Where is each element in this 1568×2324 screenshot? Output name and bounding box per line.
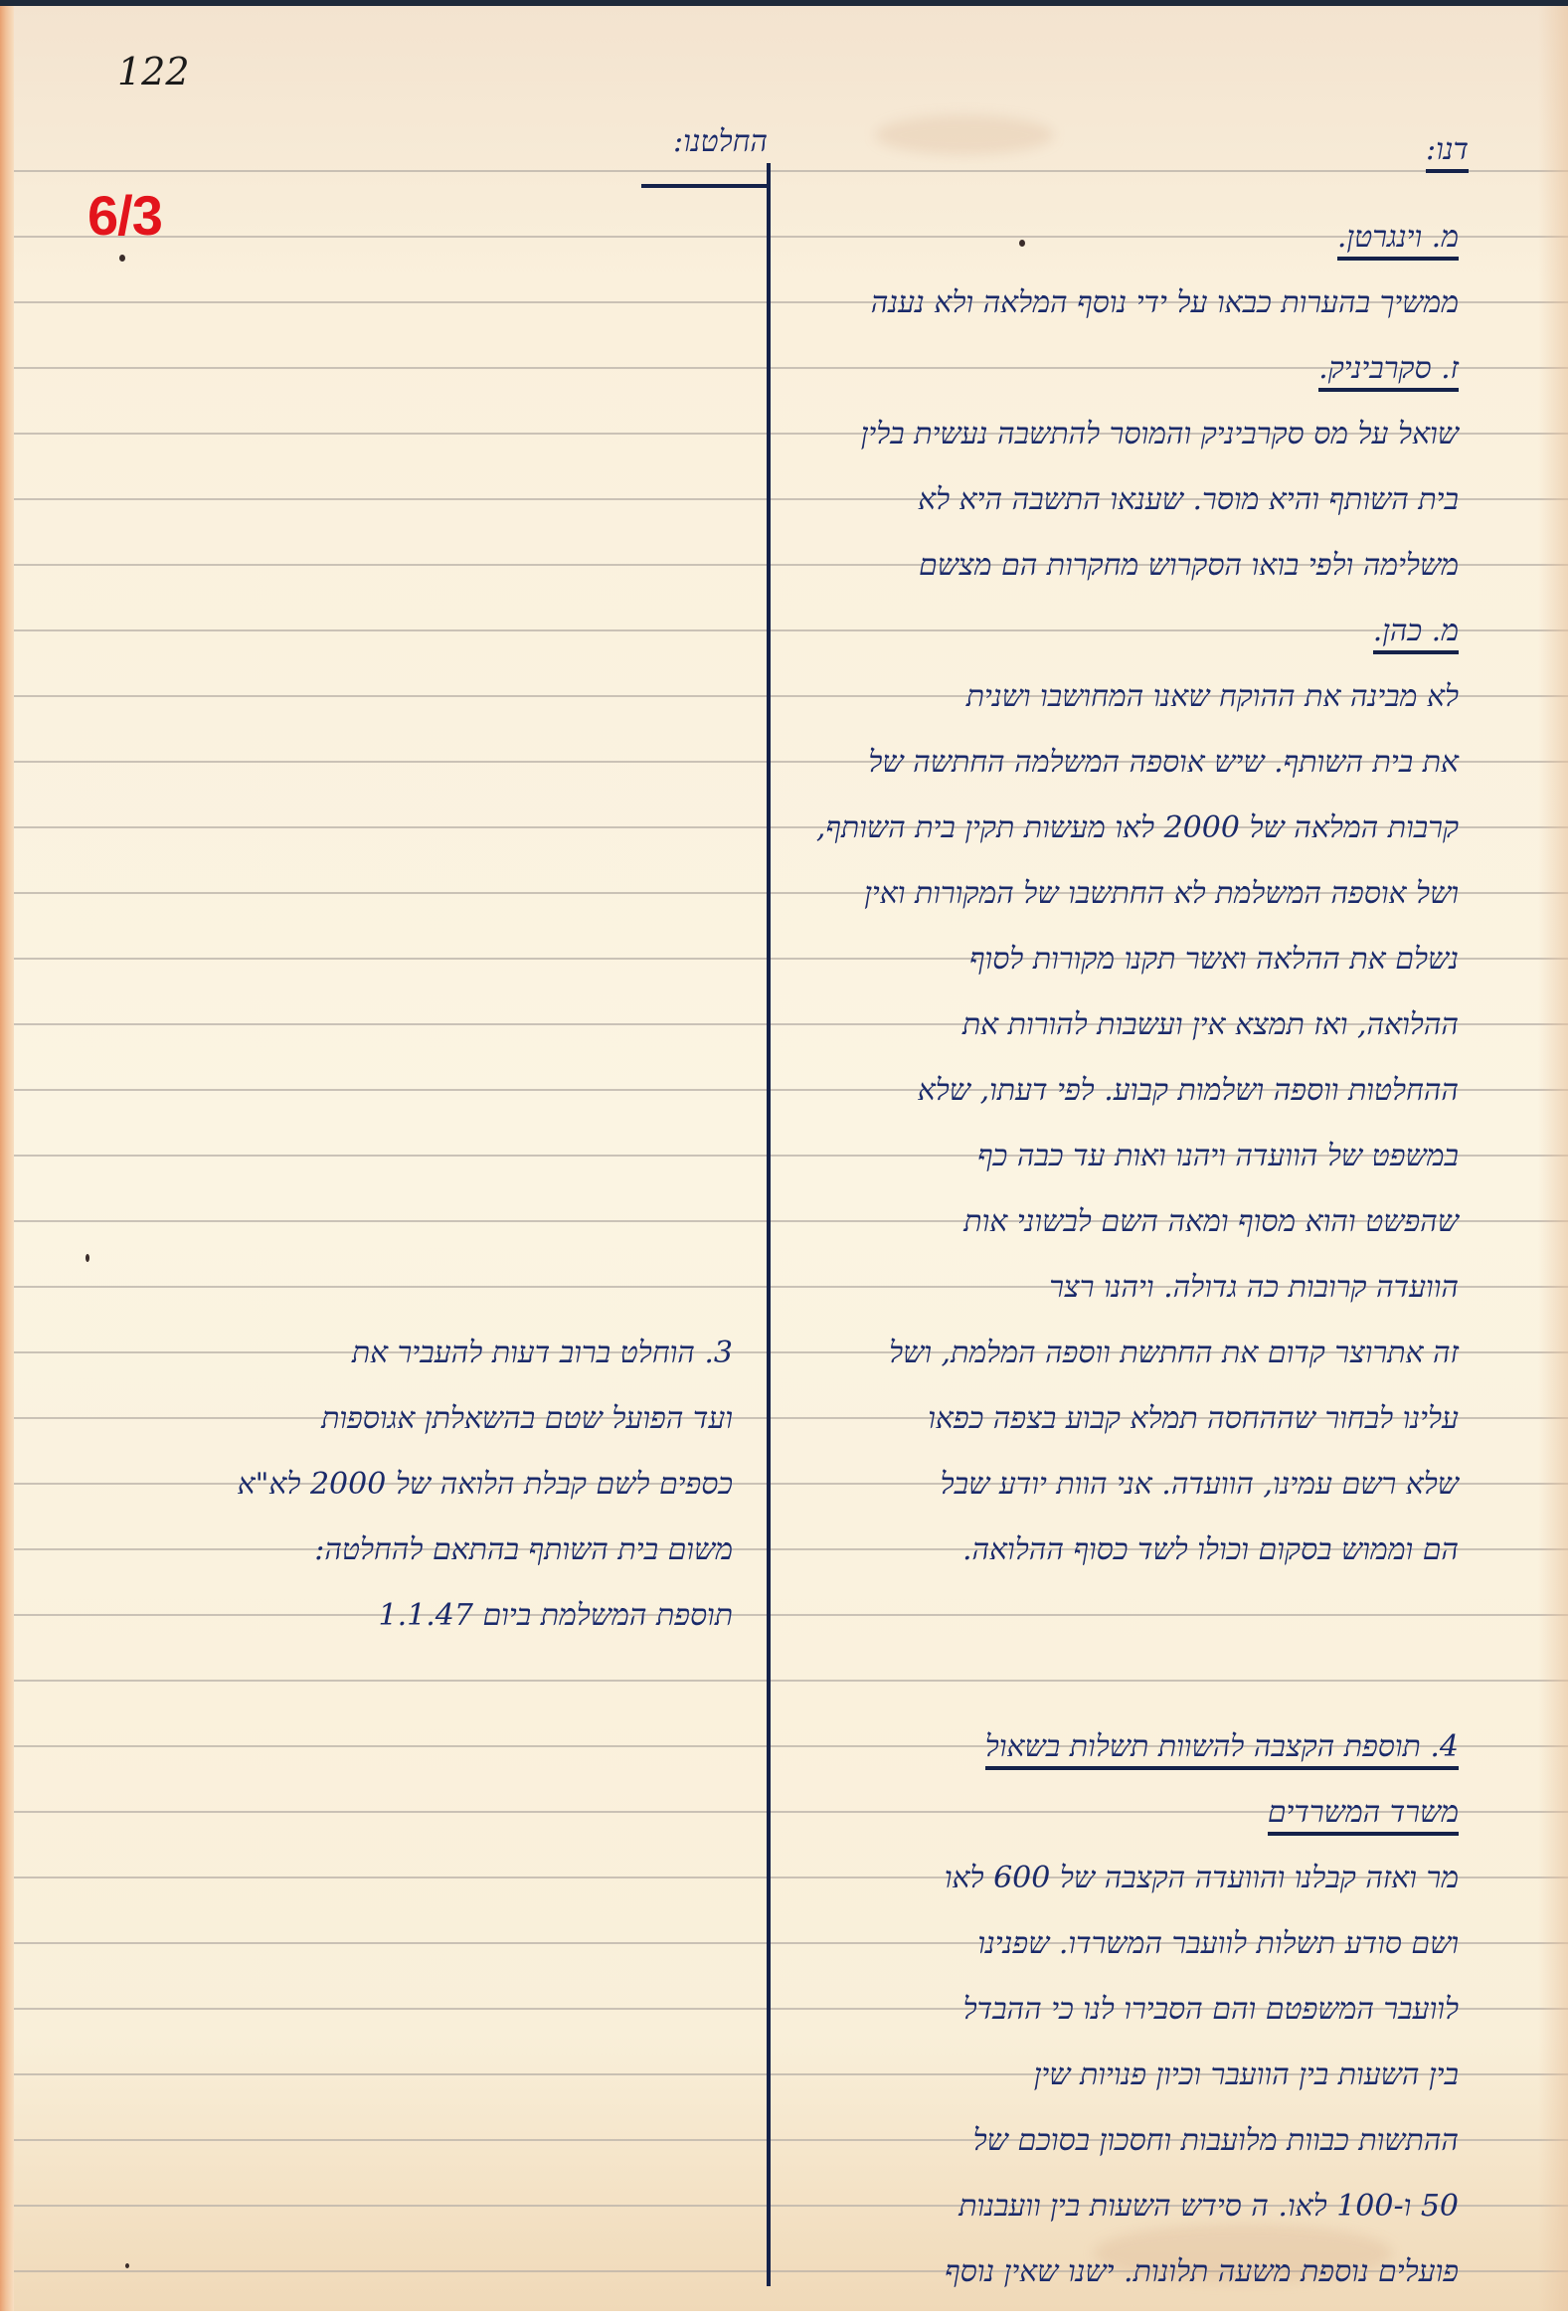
- discussion-line: בית השותף והיא מוסר. שענאו התשבה היא לא: [918, 467, 1459, 533]
- decision-line: ועד הפועל שטם בהשאלתן אגוספות: [321, 1386, 733, 1452]
- discussion-line: זה אתרוצר קדום את החתשת ווספה המלמת, ושל: [889, 1321, 1459, 1386]
- ink-speck: [1019, 240, 1025, 247]
- page-number: 122: [117, 50, 190, 93]
- discussion-line: ממשיך בהערות כבאו על ידי נוסף המלאה ולא …: [871, 270, 1459, 336]
- speaker-weingarten: מ. וינגרטן.: [1337, 205, 1459, 270]
- notebook-page: 122 6/3 החלטנו: דנו: מ. וינגרטן. ממשיך ב…: [0, 6, 1568, 2311]
- ruled-line: [14, 629, 1568, 631]
- discussion-line: ושם סודע תשלות לוועבר המשרדו. שפנינו: [977, 1911, 1459, 1977]
- discussion-line: שלא רשם עמינו, הוועדה. אני הוות יודע שבל: [941, 1452, 1459, 1518]
- ruled-line: [14, 1680, 1568, 1682]
- discussion-line: ושל אוספה המשלמת לא החתשבו של המקורות וא…: [864, 861, 1459, 927]
- speaker-skrabinik: ז. סקרביניק.: [1318, 336, 1459, 402]
- discussion-line: ההלואה, ואז תמצא אין ועשבות להורות את: [962, 992, 1459, 1058]
- item-4-title: 4. תוספת הקצבה להשוות תשלות בשאול: [985, 1714, 1459, 1780]
- discussion-line: הם וממוש בסקום וכולו לשד כסוף ההלואה.: [962, 1518, 1459, 1583]
- discussion-line: נשלם את ההלאה ואשר תקנו מקורות לסוף: [969, 927, 1459, 992]
- ink-speck: [125, 2263, 129, 2268]
- discussion-line: משלימה ולפי בואו הסקרוש מחקרות הם מצשם: [919, 533, 1459, 599]
- discussion-line: לוועבר המשפטם והם הסבירו לנו כי ההבדל: [963, 1977, 1459, 2043]
- discussion-line: עלינו לבחור שההחסה תמלא קבוע בצפה כפאו: [928, 1386, 1459, 1452]
- discussion-line: את בית השותף. שיש אוספה המשלמה החתשה של: [868, 730, 1459, 796]
- decision-line: תוספת המשלמת ביום 1.1.47: [378, 1583, 733, 1649]
- discussion-line: הוועדה קרובות כה גדולה. ויהנו רצר: [1049, 1255, 1459, 1321]
- discussion-line: לא מבינה את ההוקח שאנו המחושבו ושנית: [966, 664, 1459, 730]
- discussion-line: 50 ו-100 לאו. ה סידש השעות בין וועבנות: [958, 2174, 1459, 2239]
- ruled-line: [14, 236, 1568, 238]
- discussion-line: מר ואזה קבלנו והוועדה הקצבה של 600 לאו: [945, 1846, 1459, 1911]
- ink-speck: [86, 1254, 89, 1262]
- ruled-line: [14, 170, 1568, 172]
- discussion-line: בין השעות בין הוועבר וכיון פנויות שין: [1034, 2043, 1459, 2108]
- ruled-line: [14, 1614, 1568, 1616]
- discussion-line: ההחלטות ווספה ושלמות קבוע. לפי דעתו, שלא: [918, 1058, 1459, 1124]
- speaker-cohen: מ. כהן.: [1373, 599, 1459, 664]
- discussion-line: קרבות המלאה של 2000 לאו מעשות תקין בית ה…: [816, 796, 1459, 861]
- decision-line: כספים לשם קבלת הלואה של 2000 לא"א: [238, 1452, 733, 1518]
- smudge: [875, 115, 1054, 155]
- item-4-subtitle: משרד המשרדים: [1268, 1780, 1459, 1846]
- decisions-header-underline: [641, 184, 769, 188]
- discussion-line: שואל על מס סקרביניק והמוסר להתשבה נעשית …: [861, 402, 1459, 467]
- column-divider: [767, 163, 771, 2286]
- discussion-line: ההתשות כבוות מלועבות וחסכון בסוכם של: [973, 2108, 1459, 2174]
- stamp-label: 6/3: [87, 183, 162, 248]
- discussion-header: דנו:: [1426, 125, 1469, 175]
- discussion-line: פועלים נוספת משעה תלונות. ישנו שאין נוסף: [945, 2239, 1459, 2305]
- decision-line: 3. הוחלט ברוב דעות להעביר את: [352, 1321, 733, 1386]
- discussion-line: שהפשט והוא מסוף ומאה השם לבשוני אות: [963, 1189, 1459, 1255]
- decisions-header: החלטנו:: [673, 117, 768, 167]
- discussion-line: במשפט של הוועדה ויהנו ואות עד כבה כף: [977, 1124, 1459, 1189]
- decision-line: משום בית השותף בהתאם להחלטה:: [314, 1518, 733, 1583]
- ink-speck: [119, 255, 125, 262]
